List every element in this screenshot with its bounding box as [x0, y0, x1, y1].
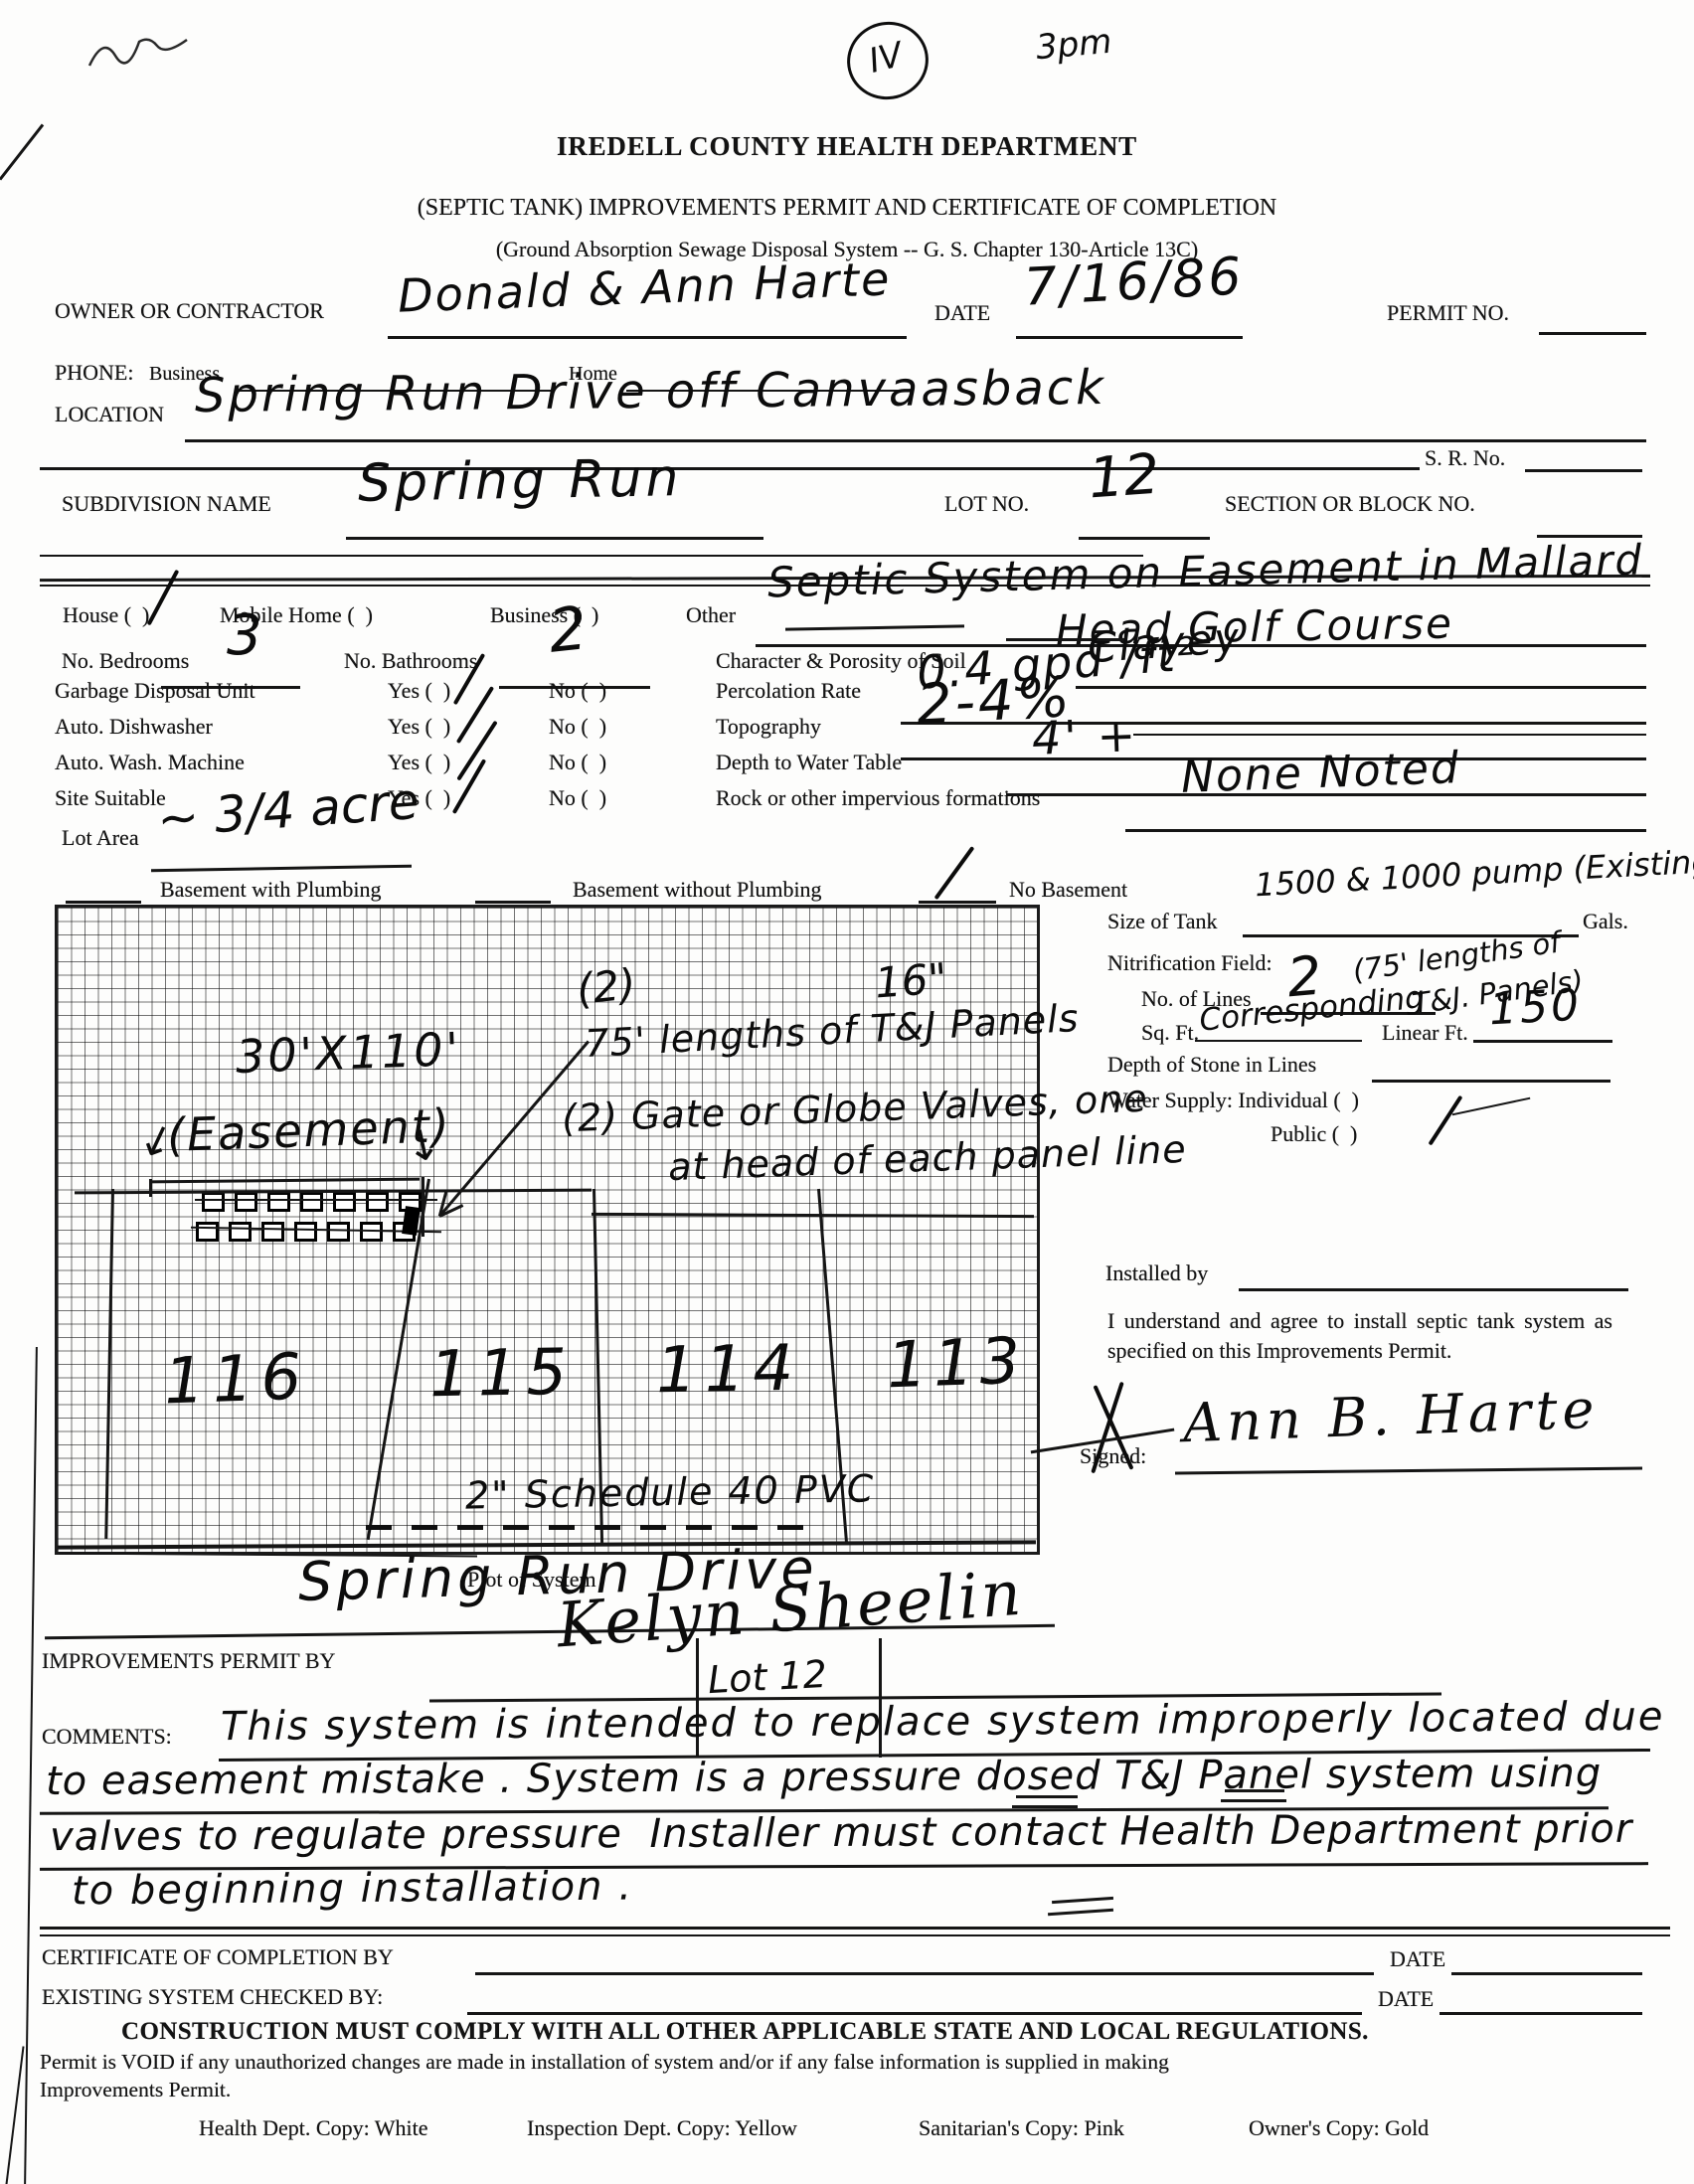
- blank-line: [185, 439, 1646, 442]
- scanned-permit-form: IV 3pm IREDELL COUNTY HEALTH DEPARTMENT …: [0, 0, 1694, 2184]
- check-mark-icon: [452, 758, 486, 813]
- easement-dimensions: 30'X110': [235, 1026, 462, 1080]
- panel-qty-note: (2): [575, 963, 638, 1011]
- linear-ft-label: Linear Ft.: [1382, 1020, 1468, 1046]
- closing-rule: [40, 1927, 1670, 1930]
- copy-note-sanitarian: Sanitarian's Copy: Pink: [919, 2115, 1124, 2141]
- comply-statement: CONSTRUCTION MUST COMPLY WITH ALL OTHER …: [121, 2018, 1369, 2046]
- basement-with-blank: [66, 901, 141, 904]
- improvements-permit-by-label: IMPROVEMENTS PERMIT BY: [42, 1648, 335, 1674]
- tank-size-label: Size of Tank: [1107, 909, 1217, 934]
- owner-signature: Ann B. Harte: [1182, 1383, 1600, 1451]
- existing-system-label: EXISTING SYSTEM CHECKED BY:: [42, 1984, 383, 2010]
- pvc-dashed-line: [366, 1525, 819, 1530]
- owner-label: OWNER OR CONTRACTOR: [55, 298, 324, 324]
- blank-line: [1133, 734, 1646, 736]
- void-notice-line2: Improvements Permit.: [40, 2078, 231, 2102]
- gals-label: Gals.: [1583, 909, 1628, 934]
- percolation-label: Percolation Rate: [716, 678, 861, 704]
- checklist-label: Auto. Wash. Machine: [55, 750, 245, 775]
- date-blank: [1451, 1972, 1642, 1975]
- basement-without-label: Basement without Plumbing: [573, 877, 822, 903]
- subdivision-label: SUBDIVISION NAME: [62, 491, 271, 517]
- location-label: LOCATION: [55, 402, 164, 427]
- blank-line: [1195, 1040, 1362, 1042]
- nitrification-label: Nitrification Field:: [1107, 950, 1272, 976]
- emphasis-mark: [1225, 1789, 1284, 1792]
- bathrooms-label: No. Bathrooms: [344, 648, 477, 674]
- blank-line: [388, 336, 907, 339]
- lot-no-value: 12: [1087, 447, 1161, 508]
- yes-option: Yes ( ): [388, 750, 450, 775]
- blank-line: [1016, 336, 1243, 339]
- no-option: No ( ): [549, 750, 606, 775]
- date-value: 7/16/86: [1023, 251, 1246, 314]
- basement-without-blank: [475, 901, 551, 904]
- bathrooms-value: 2: [546, 598, 590, 662]
- blank-line: [346, 537, 763, 540]
- permit-no-blank: [1539, 332, 1646, 335]
- pvc-note: 2" Schedule 40 PVC: [465, 1469, 876, 1514]
- rock-formations-label: Rock or other impervious formations: [716, 785, 1040, 811]
- other-label: Other: [686, 602, 736, 628]
- bedrooms-label: No. Bedrooms: [62, 648, 189, 674]
- location-value: Spring Run Drive off Canvaasback: [195, 364, 1106, 420]
- rule-line: [40, 467, 1420, 470]
- circled-mark-text: IV: [866, 38, 907, 79]
- installed-by-label: Installed by: [1105, 1260, 1208, 1286]
- copy-note-owner: Owner's Copy: Gold: [1249, 2115, 1429, 2141]
- closing-rule: [40, 1934, 1670, 1936]
- lot-area-value: ~ 3/4 acre: [156, 776, 421, 844]
- copy-note-health: Health Dept. Copy: White: [199, 2115, 428, 2141]
- subdivision-value: Spring Run: [358, 452, 683, 510]
- no-option: No ( ): [549, 714, 606, 740]
- date-label: DATE: [1390, 1946, 1445, 1972]
- blank-line: [151, 865, 412, 872]
- emphasis-mark: [1221, 1799, 1286, 1802]
- agreement-text: I understand and agree to install septic…: [1107, 1306, 1612, 1365]
- certificate-label: CERTIFICATE OF COMPLETION BY: [42, 1944, 394, 1970]
- no-option: No ( ): [549, 678, 606, 704]
- certificate-blank: [475, 1972, 1374, 1975]
- existing-system-blank: [467, 2012, 1362, 2015]
- lot-number: 114: [655, 1337, 801, 1404]
- signature-line: [1175, 1467, 1642, 1474]
- yes-option: Yes ( ): [388, 714, 450, 740]
- water-table-label: Depth to Water Table: [716, 750, 902, 775]
- scan-edge-line: [24, 1347, 38, 2184]
- pen-scribble: [85, 26, 195, 78]
- other-value-line1: Septic System on Easement in Mallard: [767, 539, 1644, 603]
- water-supply-individual: Water Supply: Individual ( ): [1107, 1088, 1359, 1113]
- tank-size-value: 1500 & 1000 pump (Existing): [1254, 845, 1694, 902]
- date-label: DATE: [934, 300, 990, 326]
- installed-by-blank: [1239, 1288, 1628, 1291]
- topography-label: Topography: [716, 714, 821, 740]
- check-mark-icon: [1428, 1095, 1462, 1146]
- emphasis-mark: [1016, 1795, 1078, 1798]
- emphasis-mark: [1012, 1805, 1078, 1808]
- copy-note-inspection: Inspection Dept. Copy: Yellow: [527, 2115, 797, 2141]
- water-table-value: 4' +: [1031, 712, 1139, 761]
- emphasis-mark: [1052, 1897, 1113, 1904]
- check-mark-icon: [934, 846, 975, 900]
- sr-no-label: S. R. No.: [1425, 445, 1505, 471]
- scan-artifact: [5, 2046, 24, 2184]
- bedrooms-value: 3: [227, 608, 262, 664]
- panel-row-line: [195, 1199, 437, 1201]
- rock-formations-value: None Noted: [1180, 747, 1460, 800]
- void-notice-line1: Permit is VOID if any unauthorized chang…: [40, 2050, 1169, 2075]
- linear-ft-value: 150: [1488, 984, 1583, 1033]
- panel-row: [202, 1192, 422, 1212]
- signed-label: Signed:: [1080, 1443, 1146, 1469]
- blank-line: [1079, 537, 1210, 540]
- easement-box-edge: [149, 1179, 152, 1197]
- date-label: DATE: [1378, 1986, 1434, 2012]
- section-label: SECTION OR BLOCK NO.: [1225, 491, 1475, 517]
- checklist-label: Site Suitable: [55, 785, 166, 811]
- sqft-label: Sq. Ft.: [1141, 1020, 1199, 1046]
- circled-mark: IV: [839, 13, 936, 108]
- panel-row: [196, 1222, 416, 1242]
- date-blank: [1440, 2012, 1642, 2015]
- form-subtitle: (SEPTIC TANK) IMPROVEMENTS PERMIT AND CE…: [0, 195, 1694, 222]
- emphasis-mark: [1048, 1909, 1113, 1916]
- emphasis-underline: [785, 624, 964, 630]
- no-option: No ( ): [549, 785, 606, 811]
- checklist-label: Auto. Dishwasher: [55, 714, 213, 740]
- owner-value: Donald & Ann Harte: [397, 255, 892, 318]
- comments-label: COMMENTS:: [42, 1724, 172, 1750]
- phone-label: PHONE:: [55, 360, 133, 386]
- lot-number: 115: [428, 1341, 575, 1408]
- house-option: House ( ): [63, 602, 149, 628]
- checklist-label: Garbage Disposal Unit: [55, 678, 255, 704]
- lot-area-label: Lot Area: [62, 825, 139, 851]
- blank-line: [1125, 829, 1646, 832]
- comments-line1: This system is intended to replace syste…: [221, 1697, 1665, 1747]
- insert-note: Lot 12: [707, 1655, 828, 1699]
- permit-no-label: PERMIT NO.: [1387, 300, 1509, 326]
- check-mark-tail: [1452, 1097, 1531, 1115]
- sr-no-blank: [1525, 469, 1642, 472]
- basement-with-label: Basement with Plumbing: [160, 877, 381, 903]
- form-title: IREDELL COUNTY HEALTH DEPARTMENT: [0, 131, 1694, 162]
- lot-number: 113: [886, 1330, 1027, 1399]
- lot-number: 116: [163, 1345, 310, 1414]
- spacing-note: 16": [874, 958, 949, 1005]
- comments-line4: to beginning installation .: [72, 1867, 633, 1912]
- stone-depth-blank: [1372, 1080, 1610, 1083]
- comments-line2: to easement mistake . System is a pressu…: [46, 1754, 1602, 1801]
- no-basement-label: No Basement: [1009, 877, 1127, 903]
- lot-no-label: LOT NO.: [944, 491, 1029, 517]
- no-basement-blank: [919, 901, 996, 904]
- yes-option: Yes ( ): [388, 678, 450, 704]
- water-supply-public: Public ( ): [1270, 1121, 1357, 1147]
- time-note: 3pm: [1035, 25, 1113, 66]
- blank-line: [1076, 686, 1646, 689]
- comments-line3: valves to regulate pressure Installer mu…: [50, 1809, 1632, 1857]
- stone-depth-label: Depth of Stone in Lines: [1107, 1052, 1316, 1078]
- blank-line: [1473, 1040, 1612, 1043]
